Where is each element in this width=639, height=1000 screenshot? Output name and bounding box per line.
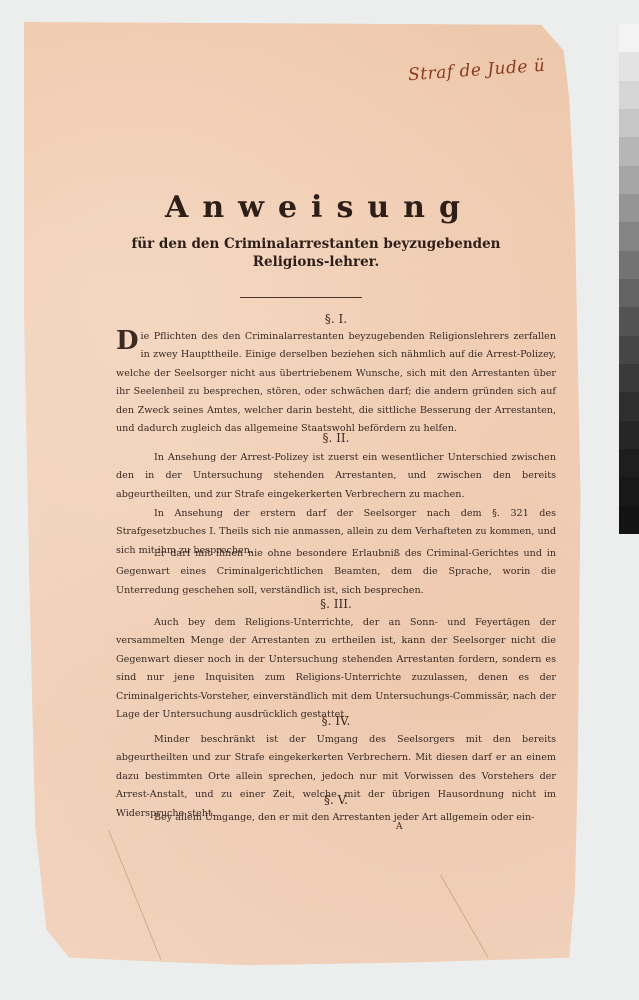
paragraph: Er darf mit ihnen nie ohne besondere Erl… xyxy=(116,545,556,600)
paragraph: Bey allem Umgange, den er mit den Arrest… xyxy=(116,809,556,827)
calibration-swatch xyxy=(619,222,639,250)
calibration-swatch xyxy=(619,506,639,534)
calibration-swatch xyxy=(619,477,639,505)
calibration-swatch xyxy=(619,307,639,335)
section-heading-3: §. III. xyxy=(116,597,556,611)
calibration-swatch xyxy=(619,81,639,109)
paragraph: ie Pflichten des den Criminalarrestanten… xyxy=(116,331,556,434)
paragraph: In Ansehung der Arrest-Polizey ist zuers… xyxy=(116,449,556,504)
document-title: Anweisung xyxy=(0,190,639,225)
color-calibration-strip xyxy=(619,24,639,534)
title-divider xyxy=(240,297,362,298)
calibration-swatch xyxy=(619,137,639,165)
calibration-swatch xyxy=(619,251,639,279)
calibration-swatch xyxy=(619,109,639,137)
calibration-swatch xyxy=(619,449,639,477)
document-subtitle: für den den Criminalarrestanten beyzugeb… xyxy=(116,235,516,271)
drop-cap: D xyxy=(116,330,139,352)
calibration-swatch xyxy=(619,24,639,52)
section-heading-4: §. IV. xyxy=(116,714,556,728)
section-heading-5: §. V. xyxy=(116,793,556,807)
calibration-swatch xyxy=(619,279,639,307)
section-heading-1: §. I. xyxy=(116,312,556,326)
calibration-swatch xyxy=(619,392,639,420)
section-1-text: Die Pflichten des den Criminalarrestante… xyxy=(116,328,556,438)
calibration-swatch xyxy=(619,364,639,392)
section-heading-2: §. II. xyxy=(116,431,556,445)
calibration-swatch xyxy=(619,421,639,449)
paragraph: Auch bey dem Religions-Unterrichte, der … xyxy=(116,614,556,724)
calibration-swatch xyxy=(619,52,639,80)
calibration-swatch xyxy=(619,336,639,364)
catchword: A xyxy=(396,822,403,832)
